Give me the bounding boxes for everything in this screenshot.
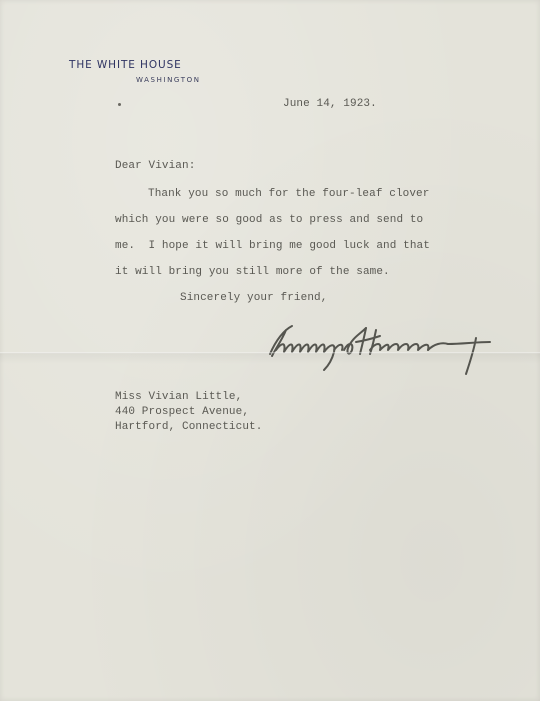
signature-scrawl-icon [262,320,532,380]
paper-fold-shadow [0,354,540,364]
signature [262,320,532,380]
body-line-2: which you were so good as to press and s… [115,214,423,226]
salutation: Dear Vivian: [115,160,195,172]
recipient-city: Hartford, Connecticut. [115,421,262,433]
letter-paper: THE WHITE HOUSE WASHINGTON June 14, 1923… [0,0,540,701]
typed-dot-mark [118,103,121,106]
body-line-3: me. I hope it will bring me good luck an… [115,240,430,252]
recipient-name: Miss Vivian Little, [115,391,242,403]
letterhead-title: THE WHITE HOUSE [69,59,182,71]
closing: Sincerely your friend, [180,292,327,304]
letterhead-subtitle: WASHINGTON [136,76,201,84]
body-line-4: it will bring you still more of the same… [115,266,390,278]
letter-date: June 14, 1923. [283,98,377,110]
recipient-street: 440 Prospect Avenue, [115,406,249,418]
body-line-1: Thank you so much for the four-leaf clov… [148,188,429,200]
